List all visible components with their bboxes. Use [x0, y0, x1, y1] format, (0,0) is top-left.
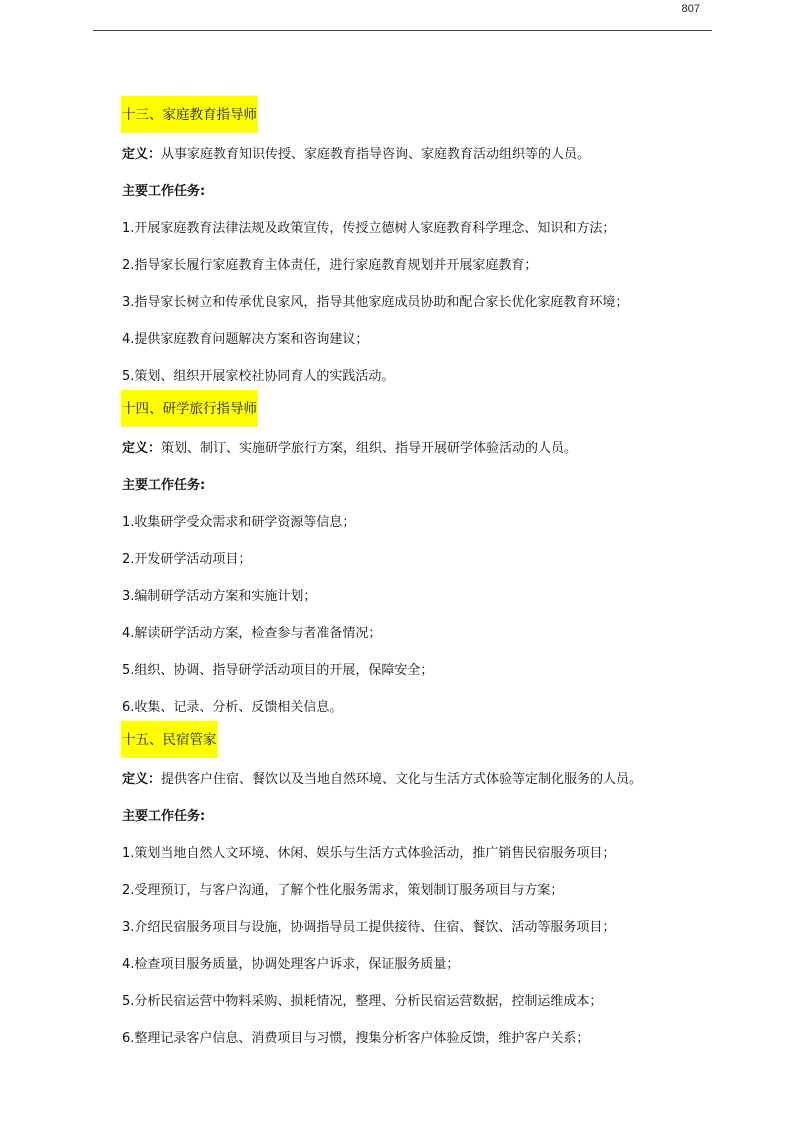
definition-label: 定义：	[122, 441, 161, 456]
definition-label: 定义：	[122, 147, 161, 162]
task-item: 5.分析民宿运营中物料采购、损耗情况，整理、分析民宿运营数据，控制运维成本；	[122, 993, 722, 1011]
document-body: 十三、家庭教育指导师 定义：从事家庭教育知识传授、家庭教育指导咨询、家庭教育活动…	[122, 96, 722, 1048]
task-item: 2.指导家长履行家庭教育主体责任，进行家庭教育规划并开展家庭教育；	[122, 257, 722, 275]
tasks-heading: 主要工作任务:	[122, 477, 722, 495]
section-title: 十四、研学旅行指导师	[121, 390, 258, 427]
definition-text: 策划、制订、实施研学旅行方案，组织、指导开展研学体验活动的人员。	[161, 441, 577, 456]
definition: 定义：从事家庭教育知识传授、家庭教育指导咨询、家庭教育活动组织等的人员。	[122, 146, 722, 164]
task-item: 3.介绍民宿服务项目与设施，协调指导员工提供接待、住宿、餐饮、活动等服务项目；	[122, 919, 722, 937]
task-item: 1.开展家庭教育法律法规及政策宣传，传授立德树人家庭教育科学理念、知识和方法；	[122, 220, 722, 238]
task-item: 2.开发研学活动项目；	[122, 551, 722, 569]
page-number: 807	[682, 3, 700, 15]
tasks-heading: 主要工作任务:	[122, 183, 722, 201]
definition-text: 提供客户住宿、餐饮以及当地自然环境、文化与生活方式体验等定制化服务的人员。	[161, 772, 642, 787]
task-item: 6.收集、记录、分析、反馈相关信息。	[122, 699, 722, 717]
definition-label: 定义：	[122, 772, 161, 787]
task-item: 4.提供家庭教育问题解决方案和咨询建议；	[122, 331, 722, 349]
task-item: 3.编制研学活动方案和实施计划；	[122, 588, 722, 606]
task-item: 2.受理预订，与客户沟通，了解个性化服务需求，策划制订服务项目与方案；	[122, 882, 722, 900]
task-item: 6.整理记录客户信息、消费项目与习惯，搜集分析客户体验反馈，维护客户关系；	[122, 1030, 722, 1048]
definition-text: 从事家庭教育知识传授、家庭教育指导咨询、家庭教育活动组织等的人员。	[161, 147, 590, 162]
task-item: 4.解读研学活动方案，检查参与者准备情况；	[122, 625, 722, 643]
section-homestay-butler: 十五、民宿管家 定义：提供客户住宿、餐饮以及当地自然环境、文化与生活方式体验等定…	[122, 721, 722, 1048]
task-item: 3.指导家长树立和传承优良家风，指导其他家庭成员协助和配合家长优化家庭教育环境；	[122, 294, 722, 312]
task-item: 5.组织、协调、指导研学活动项目的开展，保障安全；	[122, 662, 722, 680]
section-family-education-instructor: 十三、家庭教育指导师 定义：从事家庭教育知识传授、家庭教育指导咨询、家庭教育活动…	[122, 96, 722, 386]
task-item: 1.策划当地自然人文环境、休闲、娱乐与生活方式体验活动，推广销售民宿服务项目；	[122, 845, 722, 863]
task-item: 5.策划、组织开展家校社协同育人的实践活动。	[122, 368, 722, 386]
tasks-heading: 主要工作任务:	[122, 808, 722, 826]
definition: 定义：策划、制订、实施研学旅行方案，组织、指导开展研学体验活动的人员。	[122, 440, 722, 458]
task-item: 4.检查项目服务质量，协调处理客户诉求，保证服务质量；	[122, 956, 722, 974]
definition: 定义：提供客户住宿、餐饮以及当地自然环境、文化与生活方式体验等定制化服务的人员。	[122, 771, 722, 789]
section-title: 十五、民宿管家	[121, 721, 218, 758]
task-item: 1.收集研学受众需求和研学资源等信息；	[122, 514, 722, 532]
section-study-tour-instructor: 十四、研学旅行指导师 定义：策划、制订、实施研学旅行方案，组织、指导开展研学体验…	[122, 390, 722, 717]
section-title: 十三、家庭教育指导师	[121, 96, 258, 133]
header-rule	[93, 30, 712, 31]
